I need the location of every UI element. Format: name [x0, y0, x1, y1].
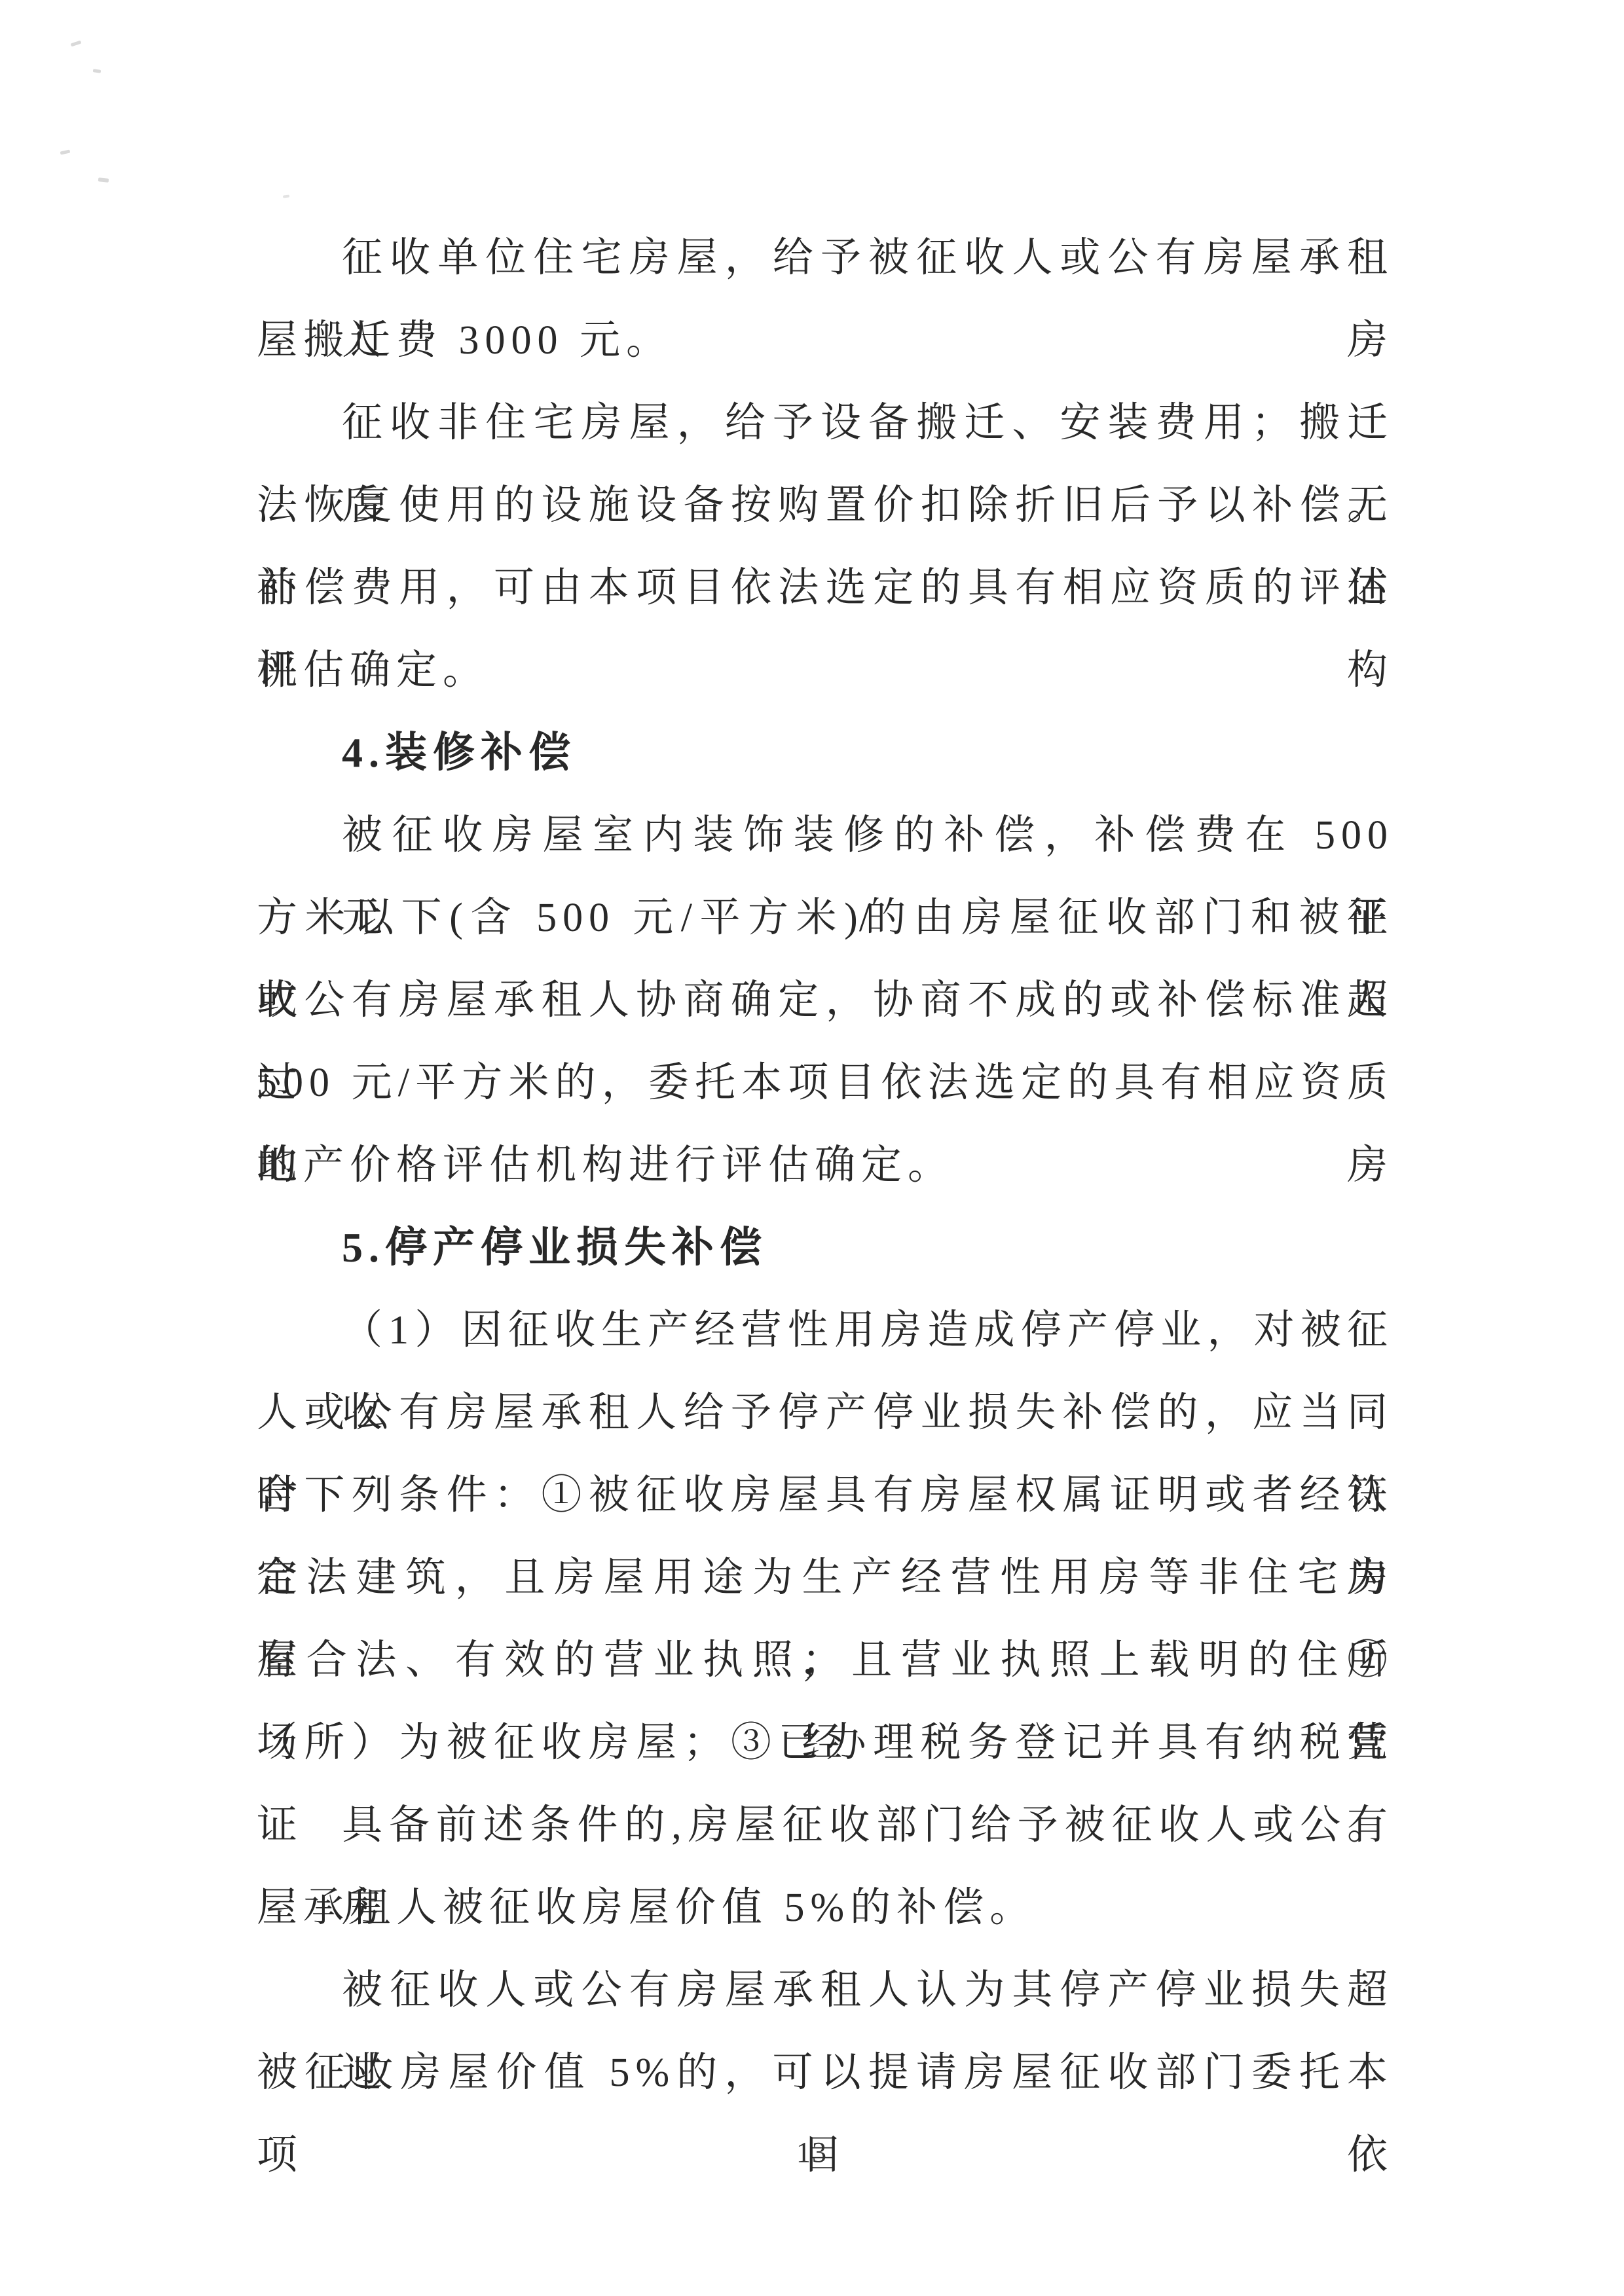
- text-line: 合法建筑，且房屋用途为生产经营性用房等非住宅房屋；②: [257, 1537, 1393, 1619]
- document-body: 征收单位住宅房屋，给予被征收人或公有房屋承租人房屋搬迁费 3000 元。征收非住…: [257, 217, 1393, 2114]
- text-line: 具备前述条件的,房屋征收部门给予被征收人或公有房: [257, 1784, 1393, 1867]
- page-number: 13: [0, 2136, 1624, 2169]
- text-line: 法恢复使用的设施设备按购置价扣除折旧后予以补偿。前述: [257, 464, 1393, 547]
- scan-speck: [60, 149, 71, 155]
- text-line: 方米以下(含 500 元/平方米)的由房屋征收部门和被征收人: [257, 877, 1393, 959]
- text-line: （1）因征收生产经营性用房造成停产停业，对被征收: [257, 1289, 1393, 1372]
- scan-speck: [93, 69, 101, 73]
- text-line: 场所）为被征收房屋；③已办理税务登记并具有纳税凭证。: [257, 1702, 1393, 1784]
- scan-speck: [98, 177, 109, 183]
- text-line: 被征收人或公有房屋承租人认为其停产停业损失超过: [257, 1949, 1393, 2032]
- text-line: 合下列条件：①被征收房屋具有房屋权属证明或者经认定为: [257, 1454, 1393, 1537]
- text-line: 屋承租人被征收房屋价值 5%的补偿。: [257, 1867, 1393, 1949]
- text-line: 征收非住宅房屋，给予设备搬迁、安装费用；搬迁后无: [257, 382, 1393, 464]
- text-line: 500 元/平方米的，委托本项目依法选定的具有相应资质的房: [257, 1042, 1393, 1124]
- text-line: 被征收房屋价值 5%的，可以提请房屋征收部门委托本项目依: [257, 2032, 1393, 2114]
- document-page: 征收单位住宅房屋，给予被征收人或公有房屋承租人房屋搬迁费 3000 元。征收非住…: [0, 0, 1624, 2296]
- scan-speck: [283, 194, 289, 198]
- text-line: 征收单位住宅房屋，给予被征收人或公有房屋承租人房: [257, 217, 1393, 299]
- text-line: 人或公有房屋承租人给予停产停业损失补偿的，应当同时符: [257, 1372, 1393, 1454]
- text-line: 或公有房屋承租人协商确定，协商不成的或补偿标准超过: [257, 959, 1393, 1042]
- text-line: 补偿费用，可由本项目依法选定的具有相应资质的评估机构: [257, 547, 1393, 629]
- scan-speck: [71, 41, 82, 47]
- text-line: 被征收房屋室内装饰装修的补偿，补偿费在 500 元/平: [257, 794, 1393, 877]
- section-heading: 5.停产停业损失补偿: [257, 1207, 1393, 1289]
- section-heading: 4.装修补偿: [257, 712, 1393, 794]
- text-line: 有合法、有效的营业执照，且营业执照上载明的住所（经营: [257, 1619, 1393, 1702]
